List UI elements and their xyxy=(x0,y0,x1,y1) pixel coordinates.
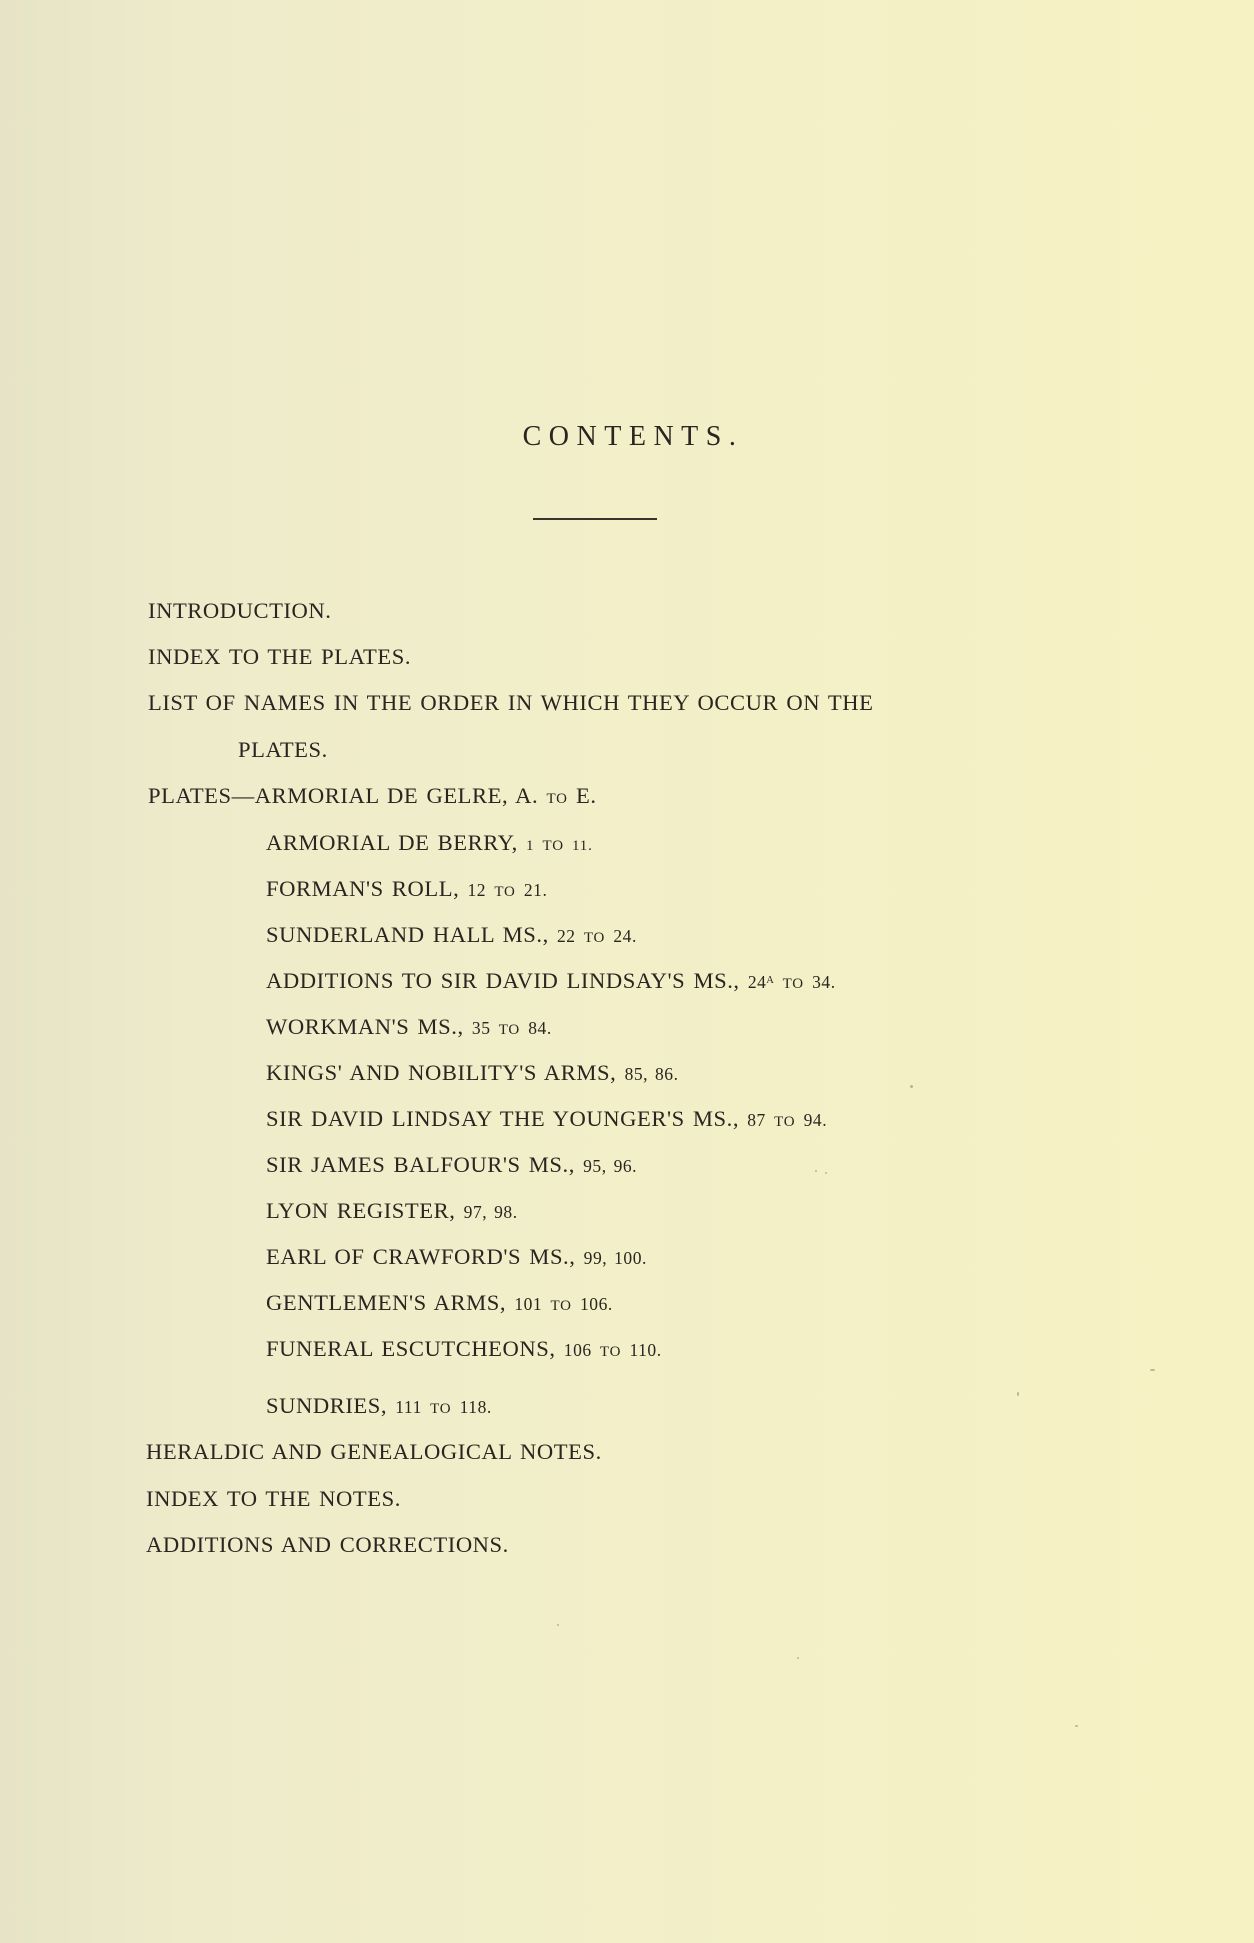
toc-range-sep: TO xyxy=(430,1401,451,1417)
toc-entry-armorial-de-berry[interactable]: ARMORIAL DE BERRY, 1 TO 11. xyxy=(266,830,593,859)
toc-entry-label: SIR JAMES BALFOUR'S MS., xyxy=(266,1152,575,1177)
book-page: CONTENTS. INTRODUCTION. INDEX TO THE PLA… xyxy=(0,0,1254,1943)
toc-range-start: 87 xyxy=(747,1110,766,1130)
toc-entry-label: INTRODUCTION. xyxy=(148,598,332,623)
toc-range-end: 21. xyxy=(524,880,548,900)
toc-range-end: 24. xyxy=(613,926,637,946)
paper-speck xyxy=(815,1170,817,1172)
toc-entry-label: WORKMAN'S MS., xyxy=(266,1014,464,1039)
toc-range-end: 110. xyxy=(629,1340,661,1360)
toc-range-sep: TO xyxy=(774,1114,795,1130)
toc-range-sep: TO xyxy=(550,1298,571,1314)
toc-entry-gentlemens-arms[interactable]: GENTLEMEN'S ARMS, 101 TO 106. xyxy=(266,1290,613,1319)
toc-entry-label: SUNDRIES, xyxy=(266,1393,387,1418)
toc-entry-plates-armorial-de-gelre[interactable]: PLATES—ARMORIAL DE GELRE, A. TO E. xyxy=(148,783,597,812)
toc-entry-balfour-ms[interactable]: SIR JAMES BALFOUR'S MS., 95, 96. xyxy=(266,1152,637,1179)
toc-entry-label: INDEX TO THE NOTES. xyxy=(146,1486,401,1511)
toc-range-start: 106 xyxy=(564,1340,592,1360)
toc-range-start: 95, 96. xyxy=(583,1156,637,1176)
toc-entry-index-to-plates[interactable]: INDEX TO THE PLATES. xyxy=(148,644,411,670)
toc-entry-introduction[interactable]: INTRODUCTION. xyxy=(148,598,332,624)
toc-entry-label: SIR DAVID LINDSAY THE YOUNGER'S MS., xyxy=(266,1106,739,1131)
toc-entry-lindsay-younger-ms[interactable]: SIR DAVID LINDSAY THE YOUNGER'S MS., 87 … xyxy=(266,1106,827,1135)
toc-entry-workmans-ms[interactable]: WORKMAN'S MS., 35 TO 84. xyxy=(266,1014,552,1043)
toc-range-start: 12 xyxy=(468,880,487,900)
toc-entry-label: ARMORIAL DE BERRY, xyxy=(266,830,518,855)
toc-entry-list-of-names-continued[interactable]: PLATES. xyxy=(238,737,328,763)
toc-entry-label: GENTLEMEN'S ARMS, xyxy=(266,1290,506,1315)
toc-range-end: 118. xyxy=(460,1397,492,1417)
toc-range-end: 34. xyxy=(812,972,836,992)
paper-speck xyxy=(1017,1392,1019,1396)
toc-entry-lyon-register[interactable]: LYON REGISTER, 97, 98. xyxy=(266,1198,518,1225)
toc-range-end: 106. xyxy=(580,1294,613,1314)
toc-range-start: 35 xyxy=(472,1018,491,1038)
toc-entry-label: FORMAN'S ROLL, xyxy=(266,876,459,901)
toc-range-start: A. xyxy=(515,783,538,808)
paper-speck xyxy=(797,1657,799,1659)
toc-range-sep: TO xyxy=(546,791,567,807)
toc-range-start: 24ᴬ xyxy=(748,972,775,992)
toc-range-sep: TO xyxy=(543,838,564,854)
toc-range-end: 94. xyxy=(804,1110,828,1130)
paper-speck xyxy=(557,1624,559,1626)
paper-speck xyxy=(825,1172,827,1174)
toc-range-end: 84. xyxy=(528,1018,552,1038)
toc-range-start: 99, 100. xyxy=(584,1248,647,1268)
toc-entry-label: KINGS' AND NOBILITY'S ARMS, xyxy=(266,1060,616,1085)
toc-entry-label: LYON REGISTER, xyxy=(266,1198,455,1223)
toc-range-end: 11. xyxy=(572,838,593,854)
page-title: CONTENTS. xyxy=(0,421,1254,453)
toc-range-sep: TO xyxy=(494,884,515,900)
toc-entry-label: ADDITIONS TO SIR DAVID LINDSAY'S MS., xyxy=(266,968,740,993)
toc-entry-list-of-names[interactable]: LIST OF NAMES IN THE ORDER IN WHICH THEY… xyxy=(148,690,873,716)
toc-entry-label: LIST OF NAMES IN THE ORDER IN WHICH THEY… xyxy=(148,690,873,715)
toc-range-start: 85, 86. xyxy=(625,1064,679,1084)
paper-speck xyxy=(1075,1725,1078,1727)
toc-entry-label: INDEX TO THE PLATES. xyxy=(148,644,411,669)
toc-range-sep: TO xyxy=(783,976,804,992)
toc-range-start: 22 xyxy=(557,926,576,946)
toc-entry-label: EARL OF CRAWFORD'S MS., xyxy=(266,1244,575,1269)
toc-entry-funeral-escutcheons[interactable]: FUNERAL ESCUTCHEONS, 106 TO 110. xyxy=(266,1336,662,1365)
toc-entry-sundries[interactable]: SUNDRIES, 111 TO 118. xyxy=(266,1393,492,1422)
title-divider-rule xyxy=(533,518,657,520)
toc-range-start: 111 xyxy=(395,1397,422,1417)
toc-range-start: 97, 98. xyxy=(464,1202,518,1222)
toc-range-sep: TO xyxy=(600,1344,621,1360)
toc-entry-index-to-notes[interactable]: INDEX TO THE NOTES. xyxy=(146,1486,401,1512)
toc-entry-label: HERALDIC AND GENEALOGICAL NOTES. xyxy=(146,1439,602,1464)
paper-speck xyxy=(1150,1369,1155,1371)
toc-entry-heraldic-notes[interactable]: HERALDIC AND GENEALOGICAL NOTES. xyxy=(146,1439,602,1465)
toc-entry-label: PLATES—ARMORIAL DE GELRE, xyxy=(148,783,508,808)
toc-entry-label: ADDITIONS AND CORRECTIONS. xyxy=(146,1532,509,1557)
page-title-text: CONTENTS. xyxy=(523,421,744,453)
toc-entry-additions-corrections[interactable]: ADDITIONS AND CORRECTIONS. xyxy=(146,1532,509,1558)
toc-entry-label: SUNDERLAND HALL MS., xyxy=(266,922,549,947)
toc-entry-additions-lindsay-ms[interactable]: ADDITIONS TO SIR DAVID LINDSAY'S MS., 24… xyxy=(266,968,836,997)
toc-range-start: 101 xyxy=(514,1294,542,1314)
toc-range-end: E. xyxy=(576,783,597,808)
toc-entry-sunderland-hall-ms[interactable]: SUNDERLAND HALL MS., 22 TO 24. xyxy=(266,922,637,951)
toc-range-sep: TO xyxy=(584,930,605,946)
toc-entry-formans-roll[interactable]: FORMAN'S ROLL, 12 TO 21. xyxy=(266,876,547,905)
toc-entry-label: PLATES. xyxy=(238,737,328,762)
toc-range-start: 1 xyxy=(526,838,534,854)
toc-entry-label: FUNERAL ESCUTCHEONS, xyxy=(266,1336,556,1361)
paper-speck xyxy=(910,1085,913,1088)
toc-entry-crawford-ms[interactable]: EARL OF CRAWFORD'S MS., 99, 100. xyxy=(266,1244,647,1271)
toc-range-sep: TO xyxy=(499,1022,520,1038)
toc-entry-kings-nobility-arms[interactable]: KINGS' AND NOBILITY'S ARMS, 85, 86. xyxy=(266,1060,679,1087)
